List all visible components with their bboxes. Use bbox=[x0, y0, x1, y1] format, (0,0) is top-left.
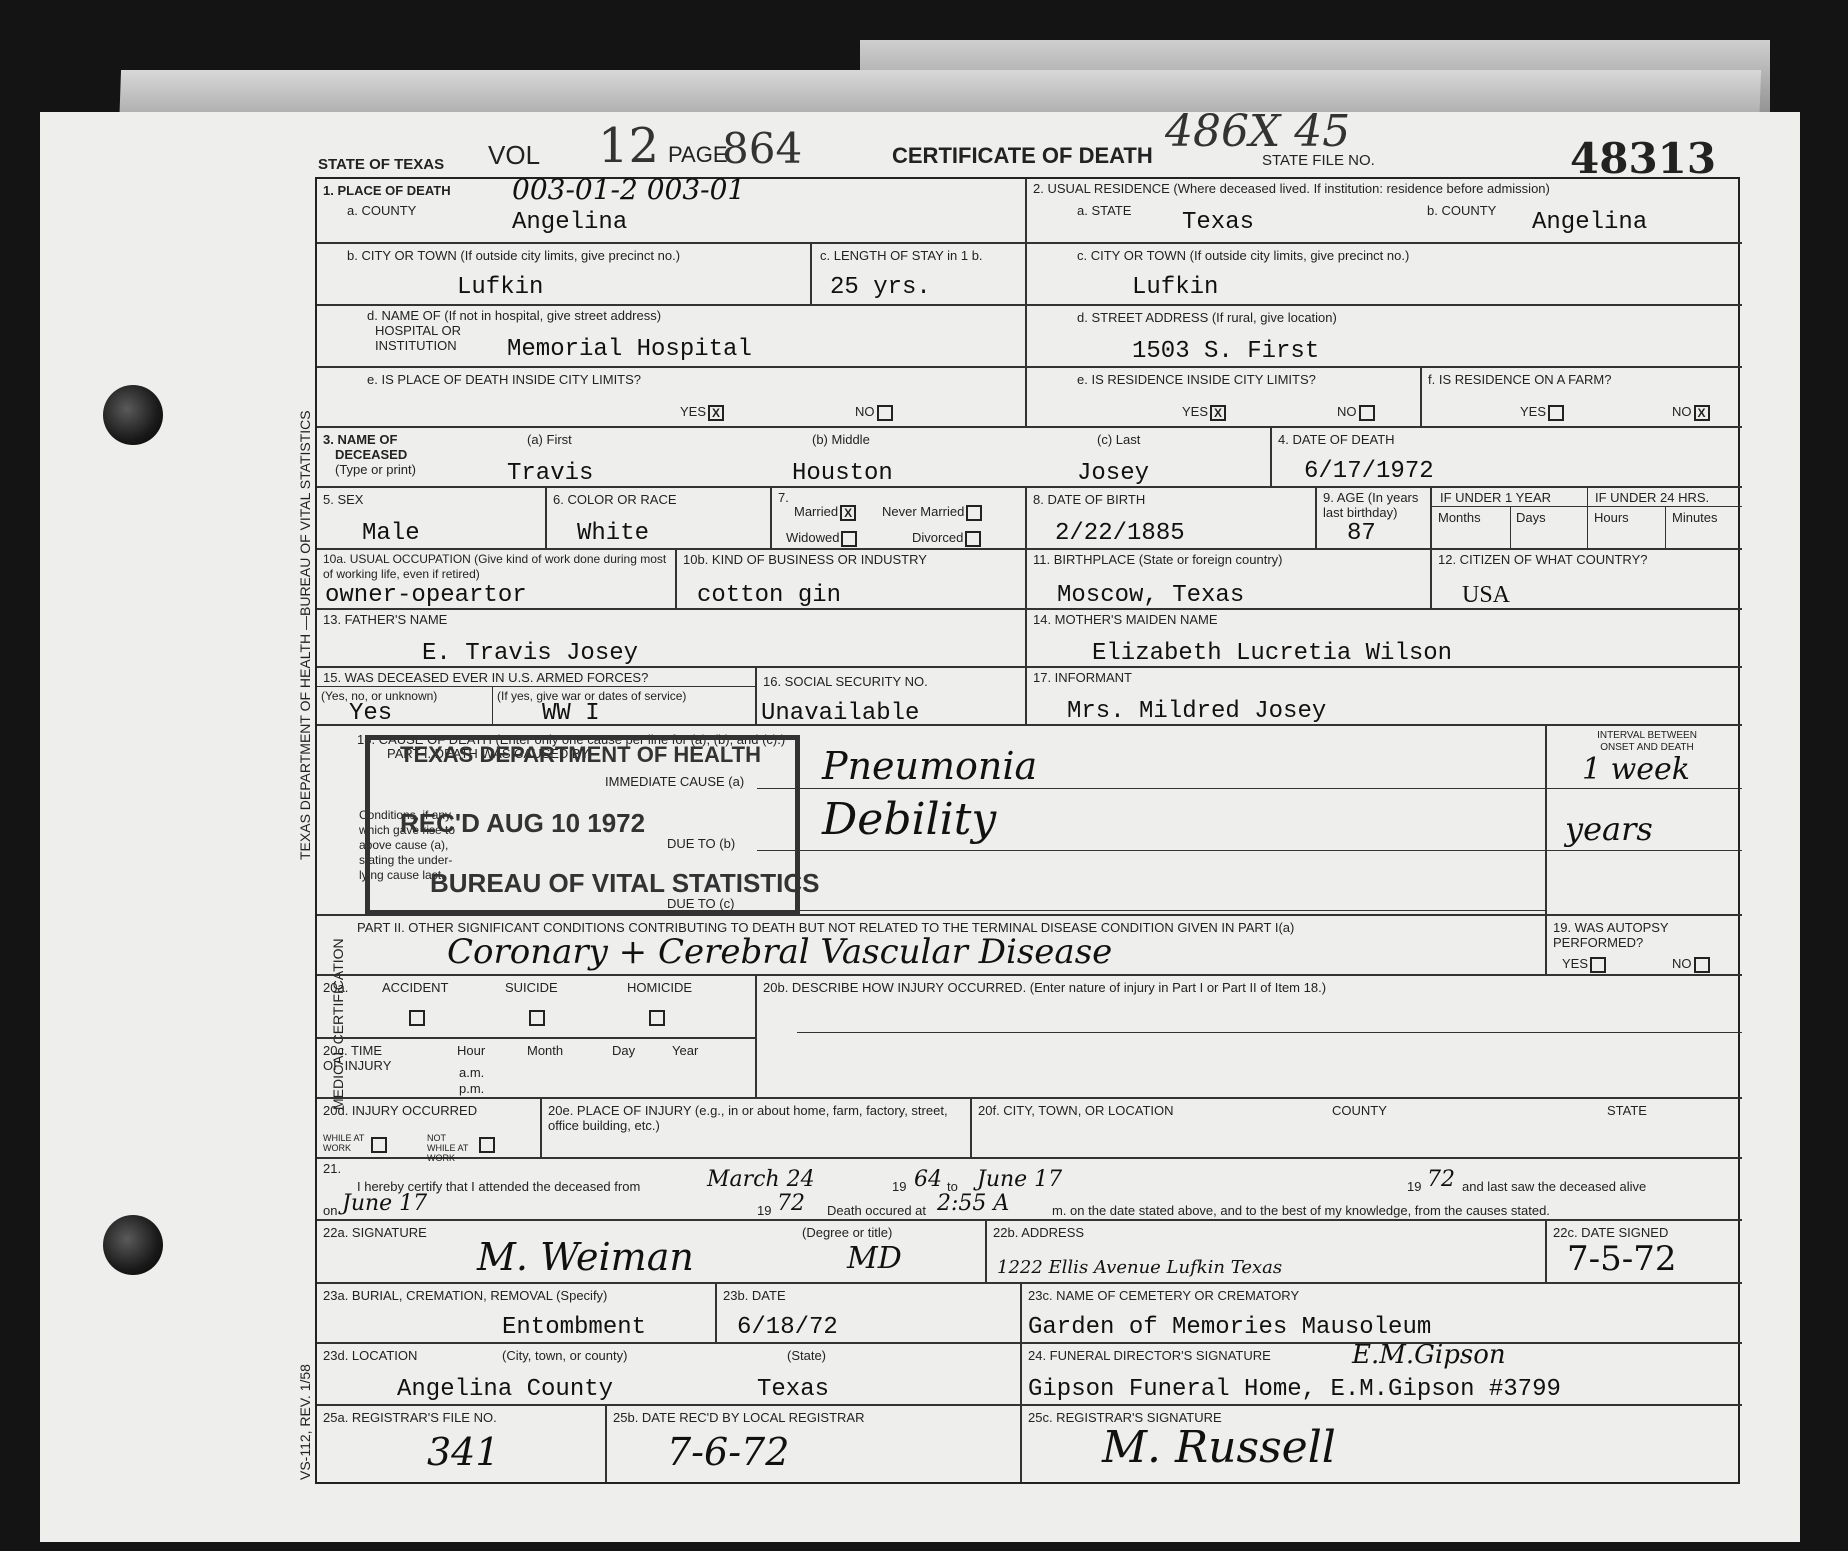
under-year-label: IF UNDER 1 YEAR bbox=[1440, 490, 1551, 505]
never-married-checkbox[interactable]: Never Married bbox=[882, 504, 982, 521]
social-security: 16. SOCIAL SECURITY NO. Unavailable bbox=[757, 668, 1027, 726]
sex-label: 5. SEX bbox=[323, 492, 363, 507]
informant-label: 17. INFORMANT bbox=[1033, 670, 1132, 685]
homicide-checkbox[interactable] bbox=[649, 1010, 665, 1026]
days-label: Days bbox=[1516, 510, 1546, 525]
not-while-at-work-checkbox[interactable] bbox=[479, 1137, 495, 1153]
months-label: Months bbox=[1438, 510, 1481, 525]
received-stamp: TEXAS DEPARTMENT OF HEALTH REC'D AUG 10 … bbox=[365, 735, 800, 915]
residence-county-label: b. COUNTY bbox=[1427, 203, 1496, 218]
divorced-checkbox[interactable]: Divorced bbox=[912, 530, 981, 547]
marital-status: 7. MarriedX Never Married Widowed Divorc… bbox=[772, 488, 1027, 550]
physician-address: 22b. ADDRESS 1222 Ellis Avenue Lufkin Te… bbox=[987, 1221, 1547, 1284]
address-value: 1222 Ellis Avenue Lufkin Texas bbox=[997, 1257, 1282, 1278]
location-value: Angelina County bbox=[397, 1376, 613, 1403]
hospital-label-2: HOSPITAL OR bbox=[375, 323, 461, 338]
location-sub-label: (City, town, or county) bbox=[502, 1348, 627, 1363]
year-on-value: 72 bbox=[777, 1191, 805, 1216]
death-city-value: Lufkin bbox=[457, 274, 543, 301]
hours-label: Hours bbox=[1594, 510, 1629, 525]
margin-department-text: TEXAS DEPARTMENT OF HEALTH —BUREAU OF VI… bbox=[297, 410, 313, 860]
pm-label: p.m. bbox=[459, 1081, 484, 1096]
state-title: STATE OF TEXAS bbox=[318, 156, 444, 173]
residence-city-value: Lufkin bbox=[1132, 274, 1218, 301]
citizen-label: 12. CITIZEN OF WHAT COUNTRY? bbox=[1438, 552, 1647, 567]
cert-text-3: m. on the date stated above, and to the … bbox=[1052, 1203, 1550, 1218]
date-signed-value: 7-5-72 bbox=[1567, 1239, 1677, 1279]
handwritten-file-code: 486X 45 bbox=[1165, 106, 1350, 157]
year-from-value: 64 bbox=[914, 1167, 942, 1192]
sex: 5. SEX Male bbox=[317, 488, 547, 550]
accident-checkbox[interactable] bbox=[409, 1010, 425, 1026]
signature-label: 22a. SIGNATURE bbox=[323, 1225, 427, 1240]
stamp-line-1: TEXAS DEPARTMENT OF HEALTH bbox=[400, 742, 761, 768]
document-title: CERTIFICATE OF DEATH bbox=[892, 143, 1153, 169]
dod-label: 4. DATE OF DEATH bbox=[1278, 432, 1395, 447]
farm-yes[interactable]: YES bbox=[1520, 404, 1564, 421]
age-label: 9. AGE (In years last birthday) bbox=[1323, 490, 1428, 520]
residence-street-value: 1503 S. First bbox=[1132, 338, 1319, 365]
death-inside-no[interactable]: NO bbox=[855, 404, 893, 421]
year-label: Year bbox=[672, 1043, 698, 1058]
other-conditions: PART II. OTHER SIGNIFICANT CONDITIONS CO… bbox=[317, 916, 1547, 976]
suicide-label: SUICIDE bbox=[505, 980, 558, 995]
injury-location: 20f. CITY, TOWN, OR LOCATION COUNTY STAT… bbox=[972, 1099, 1742, 1159]
marital-label: 7. bbox=[778, 490, 789, 505]
place-of-death-label: 1. PLACE OF DEATH bbox=[323, 183, 451, 198]
industry-value: cotton gin bbox=[697, 582, 841, 609]
place-of-death-county: 1. PLACE OF DEATH a. COUNTY 003-01-2 003… bbox=[317, 179, 1027, 244]
time-injury-label: 20c. TIME OF INJURY bbox=[323, 1043, 403, 1073]
attended-from-value: March 24 bbox=[707, 1167, 815, 1192]
page-number: 864 bbox=[722, 124, 802, 173]
race-value: White bbox=[577, 520, 649, 547]
death-inside-limits-label: e. IS PLACE OF DEATH INSIDE CITY LIMITS? bbox=[367, 372, 641, 387]
informant: 17. INFORMANT Mrs. Mildred Josey bbox=[1027, 668, 1742, 726]
middle-name-label: (b) Middle bbox=[812, 432, 870, 447]
citizen-value: USA bbox=[1462, 582, 1510, 609]
injury-county-label: COUNTY bbox=[1332, 1103, 1387, 1118]
residence-inside-city-limits: e. IS RESIDENCE INSIDE CITY LIMITS? YESX… bbox=[1027, 368, 1422, 428]
hospital-value: Memorial Hospital bbox=[507, 336, 752, 363]
address-label: 22b. ADDRESS bbox=[993, 1225, 1084, 1240]
state-sub-label: (State) bbox=[787, 1348, 826, 1363]
sex-value: Male bbox=[362, 520, 420, 547]
hospital-label-3: INSTITUTION bbox=[375, 338, 457, 353]
minutes-label: Minutes bbox=[1672, 510, 1718, 525]
burial-date-label: 23b. DATE bbox=[723, 1288, 786, 1303]
suicide-checkbox[interactable] bbox=[529, 1010, 545, 1026]
registrar-signature-value: M. Russell bbox=[1102, 1422, 1336, 1473]
cemetery-value: Garden of Memories Mausoleum bbox=[1028, 1314, 1431, 1341]
date-signed-label: 22c. DATE SIGNED bbox=[1553, 1225, 1668, 1240]
director-value: Gipson Funeral Home, E.M.Gipson #3799 bbox=[1028, 1376, 1561, 1403]
dob-value: 2/22/1885 bbox=[1055, 520, 1185, 547]
physician-signature-value: M. Weiman bbox=[477, 1235, 694, 1279]
interval-label: INTERVAL BETWEEN ONSET AND DEATH bbox=[1582, 730, 1712, 754]
autopsy-no[interactable]: NO bbox=[1672, 956, 1710, 973]
interval-b-value: years bbox=[1565, 810, 1653, 848]
date-of-birth: 8. DATE OF BIRTH 2/22/1885 bbox=[1027, 488, 1317, 550]
date-signed: 22c. DATE SIGNED 7-5-72 bbox=[1547, 1221, 1742, 1284]
occupation: 10a. USUAL OCCUPATION (Give kind of work… bbox=[317, 550, 677, 610]
age-under-one: IF UNDER 1 YEAR IF UNDER 24 HRS. Months … bbox=[1432, 488, 1742, 550]
registrar-file-label: 25a. REGISTRAR'S FILE NO. bbox=[323, 1410, 497, 1425]
burial-state-value: Texas bbox=[757, 1376, 829, 1403]
first-name-label: (a) First bbox=[527, 432, 572, 447]
farm-no[interactable]: NOX bbox=[1672, 404, 1710, 421]
residence-city: c. CITY OR TOWN (If outside city limits,… bbox=[1027, 244, 1742, 306]
industry: 10b. KIND OF BUSINESS OR INDUSTRY cotton… bbox=[677, 550, 1027, 610]
autopsy-label: 19. WAS AUTOPSY PERFORMED? bbox=[1553, 920, 1738, 950]
dod-value: 6/17/1972 bbox=[1304, 458, 1434, 485]
deceased-name: 3. NAME OF DECEASED (Type or print) (a) … bbox=[317, 428, 1272, 488]
under-24-label: IF UNDER 24 HRS. bbox=[1595, 490, 1709, 505]
occupation-value: owner-opeartor bbox=[325, 582, 527, 609]
war-value: WW I bbox=[542, 700, 600, 727]
director-signature: E.M.Gipson bbox=[1352, 1340, 1506, 1370]
age: 9. AGE (In years last birthday) 87 bbox=[1317, 488, 1432, 550]
stay-value: 25 yrs. bbox=[830, 274, 931, 301]
citizenship: 12. CITIZEN OF WHAT COUNTRY? USA bbox=[1432, 550, 1742, 610]
length-of-stay: c. LENGTH OF STAY in 1 b. 25 yrs. bbox=[812, 244, 1027, 306]
birthplace: 11. BIRTHPLACE (State or foreign country… bbox=[1027, 550, 1432, 610]
punch-hole-top bbox=[103, 385, 163, 445]
state-file-number: 48313 bbox=[1570, 134, 1716, 183]
punch-hole-bottom bbox=[103, 1215, 163, 1275]
director-label: 24. FUNERAL DIRECTOR'S SIGNATURE bbox=[1028, 1348, 1271, 1363]
place-code-handwriting: 003-01-2 003-01 bbox=[512, 173, 745, 206]
industry-label: 10b. KIND OF BUSINESS OR INDUSTRY bbox=[683, 552, 927, 567]
occupation-label: 10a. USUAL OCCUPATION (Give kind of work… bbox=[323, 552, 673, 582]
cemetery-label: 23c. NAME OF CEMETERY OR CREMATORY bbox=[1028, 1288, 1299, 1303]
registrar-signature: 25c. REGISTRAR'S SIGNATURE M. Russell bbox=[1022, 1406, 1742, 1482]
location-label: 23d. LOCATION bbox=[323, 1348, 417, 1363]
mother-maiden-name: 14. MOTHER'S MAIDEN NAME Elizabeth Lucre… bbox=[1027, 610, 1742, 668]
last-seen-value: June 17 bbox=[342, 1191, 427, 1216]
death-time-value: 2:55 A bbox=[937, 1191, 1009, 1216]
autopsy-yes[interactable]: YES bbox=[1562, 956, 1606, 973]
first-name-value: Travis bbox=[507, 460, 593, 487]
father-name: 13. FATHER'S NAME E. Travis Josey bbox=[317, 610, 1027, 668]
widowed-checkbox[interactable]: Widowed bbox=[786, 530, 857, 547]
homicide-label: HOMICIDE bbox=[627, 980, 692, 995]
armed-value: Yes bbox=[349, 700, 392, 727]
injury-type: 20a. ACCIDENT SUICIDE HOMICIDE bbox=[317, 976, 757, 1039]
residence-inside-limits-label: e. IS RESIDENCE INSIDE CITY LIMITS? bbox=[1077, 372, 1316, 387]
injury-description: 20b. DESCRIBE HOW INJURY OCCURRED. (Ente… bbox=[757, 976, 1742, 1099]
date-received-value: 7-6-72 bbox=[667, 1430, 789, 1474]
margin-form-number: VS-112, REV. 1/58 bbox=[297, 1364, 313, 1480]
injury-city-label: 20f. CITY, TOWN, OR LOCATION bbox=[978, 1103, 1174, 1118]
degree-label: (Degree or title) bbox=[802, 1225, 892, 1240]
while-at-work-checkbox[interactable] bbox=[371, 1137, 387, 1153]
physician-signature: 22a. SIGNATURE (Degree or title) M. Weim… bbox=[317, 1221, 987, 1284]
ssn-label: 16. SOCIAL SECURITY NO. bbox=[763, 674, 928, 689]
hour-label: Hour bbox=[457, 1043, 485, 1058]
injury-occurred-label: 20d. INJURY OCCURRED bbox=[323, 1103, 477, 1118]
injury-occurred: 20d. INJURY OCCURRED WHILE AT WORK NOT W… bbox=[317, 1099, 542, 1159]
race: 6. COLOR OR RACE White bbox=[547, 488, 772, 550]
interval-a-value: 1 week bbox=[1582, 752, 1690, 787]
page-label: PAGE bbox=[668, 142, 728, 168]
death-occurred-label: Death occured at bbox=[827, 1203, 926, 1218]
month-label: Month bbox=[527, 1043, 563, 1058]
residence-street-label: d. STREET ADDRESS (If rural, give locati… bbox=[1077, 310, 1337, 325]
residence-county-value: Angelina bbox=[1532, 209, 1647, 236]
disposition-date: 23b. DATE 6/18/72 bbox=[717, 1284, 1022, 1344]
vol-number: 12 bbox=[598, 118, 659, 174]
funeral-director: 24. FUNERAL DIRECTOR'S SIGNATURE E.M.Gip… bbox=[1022, 1344, 1742, 1406]
residence-inside-no[interactable]: NO bbox=[1337, 404, 1375, 421]
death-inside-city-limits: e. IS PLACE OF DEATH INSIDE CITY LIMITS?… bbox=[317, 368, 1027, 428]
immediate-cause-value: Pneumonia bbox=[822, 744, 1037, 788]
disposition-label: 23a. BURIAL, CREMATION, REMOVAL (Specify… bbox=[323, 1288, 607, 1303]
place-injury-label: 20e. PLACE OF INJURY (e.g., in or about … bbox=[548, 1103, 968, 1133]
cemetery: 23c. NAME OF CEMETERY OR CREMATORY Garde… bbox=[1022, 1284, 1742, 1344]
attended-to-value: June 17 bbox=[977, 1167, 1062, 1192]
20a-label: 20a. bbox=[323, 980, 348, 995]
ssn-value: Unavailable bbox=[761, 700, 919, 727]
birthplace-value: Moscow, Texas bbox=[1057, 582, 1244, 609]
residence-state-value: Texas bbox=[1182, 209, 1254, 236]
degree-value: MD bbox=[847, 1241, 902, 1276]
place-of-death-city: b. CITY OR TOWN (If outside city limits,… bbox=[317, 244, 812, 306]
name-label-2: DECEASED bbox=[335, 447, 407, 462]
hospital-name: d. NAME OF (If not in hospital, give str… bbox=[317, 306, 1027, 368]
vol-label: VOL bbox=[488, 140, 540, 171]
year-to-value: 72 bbox=[1427, 1167, 1455, 1192]
while-at-work-label: WHILE AT WORK bbox=[323, 1133, 368, 1153]
date-received-label: 25b. DATE REC'D BY LOCAL REGISTRAR bbox=[613, 1410, 864, 1425]
residence-on-farm: f. IS RESIDENCE ON A FARM? YES NOX bbox=[1422, 368, 1742, 428]
am-label: a.m. bbox=[459, 1065, 484, 1080]
date-of-death: 4. DATE OF DEATH 6/17/1972 bbox=[1272, 428, 1742, 488]
cert-text-2: and last saw the deceased alive bbox=[1462, 1179, 1646, 1194]
cert-number: 21. bbox=[323, 1161, 341, 1176]
residence-inside-yes[interactable]: YESX bbox=[1182, 404, 1226, 421]
death-city-label: b. CITY OR TOWN (If outside city limits,… bbox=[347, 248, 680, 263]
injury-state-label: STATE bbox=[1607, 1103, 1647, 1118]
name-label-3: (Type or print) bbox=[335, 462, 416, 477]
father-value: E. Travis Josey bbox=[422, 640, 638, 667]
middle-name-value: Houston bbox=[792, 460, 893, 487]
describe-injury-label: 20b. DESCRIBE HOW INJURY OCCURRED. (Ente… bbox=[763, 980, 1326, 995]
burial-location: 23d. LOCATION (City, town, or county) (S… bbox=[317, 1344, 1022, 1406]
day-label: Day bbox=[612, 1043, 635, 1058]
physician-certification: 21. I hereby certify that I attended the… bbox=[317, 1159, 1742, 1221]
armed-forces: 15. WAS DECEASED EVER IN U.S. ARMED FORC… bbox=[317, 668, 757, 726]
registrar-file-value: 341 bbox=[427, 1430, 500, 1474]
mother-value: Elizabeth Lucretia Wilson bbox=[1092, 640, 1452, 667]
part2-value: Coronary + Cerebral Vascular Disease bbox=[447, 932, 1112, 972]
residence-label: 2. USUAL RESIDENCE (Where deceased lived… bbox=[1033, 181, 1550, 196]
death-inside-yes[interactable]: YESX bbox=[680, 404, 724, 421]
disposition-method: 23a. BURIAL, CREMATION, REMOVAL (Specify… bbox=[317, 1284, 717, 1344]
mother-label: 14. MOTHER'S MAIDEN NAME bbox=[1033, 612, 1218, 627]
on-label: on bbox=[323, 1203, 337, 1218]
informant-value: Mrs. Mildred Josey bbox=[1067, 698, 1326, 725]
birthplace-label: 11. BIRTHPLACE (State or foreign country… bbox=[1033, 552, 1283, 567]
burial-date-value: 6/18/72 bbox=[737, 1314, 838, 1341]
dob-label: 8. DATE OF BIRTH bbox=[1033, 492, 1145, 507]
interval-onset-death: INTERVAL BETWEEN ONSET AND DEATH 1 week … bbox=[1547, 726, 1742, 916]
time-of-injury: 20c. TIME OF INJURY Hour Month Day Year … bbox=[317, 1039, 757, 1099]
stay-label: c. LENGTH OF STAY in 1 b. bbox=[820, 248, 1000, 263]
death-county-value: Angelina bbox=[512, 209, 627, 236]
state-file-label: STATE FILE NO. bbox=[1262, 152, 1375, 169]
residence-state-label: a. STATE bbox=[1077, 203, 1131, 218]
age-value: 87 bbox=[1347, 520, 1376, 547]
farm-label: f. IS RESIDENCE ON A FARM? bbox=[1428, 372, 1612, 387]
race-label: 6. COLOR OR RACE bbox=[553, 492, 677, 507]
registrar-file-no: 25a. REGISTRAR'S FILE NO. 341 bbox=[317, 1406, 607, 1482]
name-label: 3. NAME OF bbox=[323, 432, 397, 447]
married-checkbox[interactable]: MarriedX bbox=[794, 504, 856, 521]
county-label: a. COUNTY bbox=[347, 203, 416, 218]
date-received: 25b. DATE REC'D BY LOCAL REGISTRAR 7-6-7… bbox=[607, 1406, 1022, 1482]
residence-street: d. STREET ADDRESS (If rural, give locati… bbox=[1027, 306, 1742, 368]
residence-state-county: 2. USUAL RESIDENCE (Where deceased lived… bbox=[1027, 179, 1742, 244]
armed-label: 15. WAS DECEASED EVER IN U.S. ARMED FORC… bbox=[323, 670, 648, 685]
last-name-label: (c) Last bbox=[1097, 432, 1140, 447]
disposition-value: Entombment bbox=[502, 1314, 646, 1341]
autopsy: 19. WAS AUTOPSY PERFORMED? YES NO bbox=[1547, 916, 1742, 976]
accident-label: ACCIDENT bbox=[382, 980, 448, 995]
place-of-injury: 20e. PLACE OF INJURY (e.g., in or about … bbox=[542, 1099, 972, 1159]
hospital-label: d. NAME OF (If not in hospital, give str… bbox=[367, 308, 661, 323]
due-to-b-value: Debility bbox=[822, 794, 996, 845]
stamp-line-2: REC'D AUG 10 1972 bbox=[400, 808, 645, 839]
residence-city-label: c. CITY OR TOWN (If outside city limits,… bbox=[1077, 248, 1409, 263]
stamp-line-3: BUREAU OF VITAL STATISTICS bbox=[430, 868, 820, 899]
last-name-value: Josey bbox=[1077, 460, 1149, 487]
father-label: 13. FATHER'S NAME bbox=[323, 612, 447, 627]
